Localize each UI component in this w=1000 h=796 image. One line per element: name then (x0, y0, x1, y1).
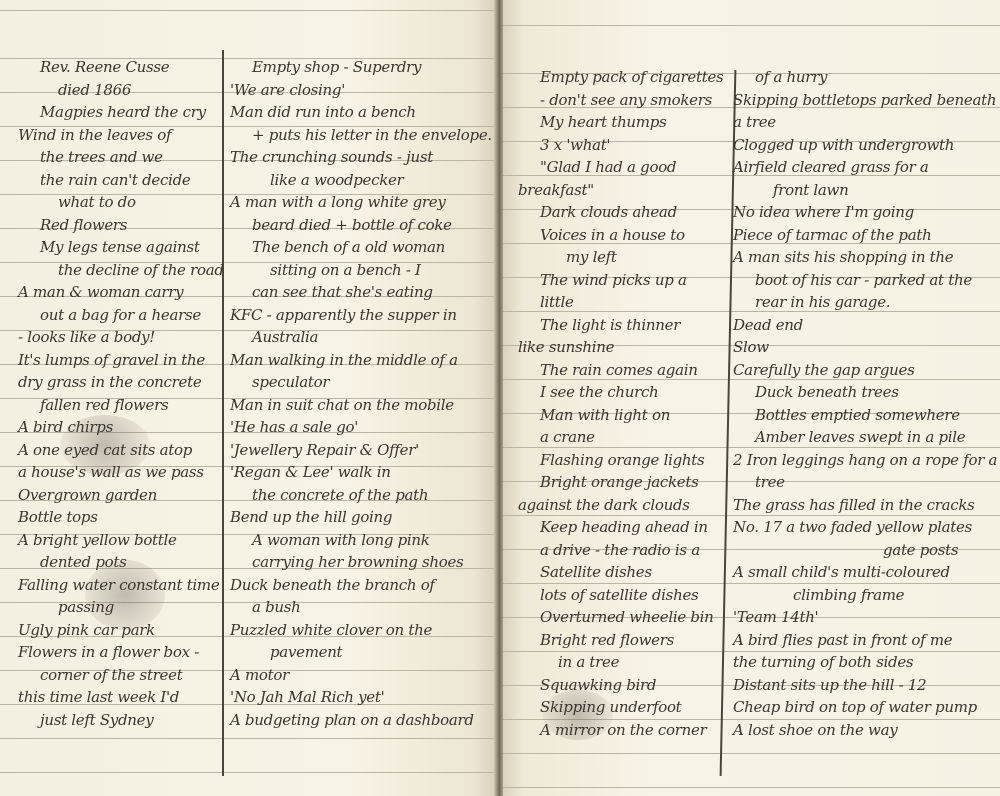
note-line: A mirror on the corner (518, 719, 726, 742)
note-line: I see the church (518, 381, 726, 404)
note-line: A small child's multi-coloured (733, 561, 995, 584)
note-line: Bottles emptied somewhere (733, 404, 995, 427)
note-line: dry grass in the concrete (18, 371, 218, 394)
note-line: Man with light on (518, 404, 726, 427)
note-line: like sunshine (518, 336, 726, 359)
note-line: Flashing orange lights (518, 449, 726, 472)
note-line: a crane (518, 426, 726, 449)
note-line: 'We are closing' (230, 79, 492, 102)
note-line: Duck beneath trees (733, 381, 995, 404)
note-line: dented pots (18, 551, 218, 574)
note-line: Bend up the hill going (230, 506, 492, 529)
column-divider-line (222, 50, 224, 776)
note-line: Dead end (733, 314, 995, 337)
note-line: pavement (230, 641, 492, 664)
note-line: in a tree (518, 651, 726, 674)
note-line: The crunching sounds - just (230, 146, 492, 169)
note-line: 'Jewellery Repair & Offer' (230, 439, 492, 462)
note-line: of a hurry (733, 66, 995, 89)
note-line: Overturned wheelie bin (518, 606, 726, 629)
note-line: 3 x 'what' (518, 134, 726, 157)
note-line: + puts his letter in the envelope. (230, 124, 492, 147)
note-line: Bottle tops (18, 506, 218, 529)
note-line: lots of satellite dishes (518, 584, 726, 607)
note-line: rear in his garage. (733, 291, 995, 314)
note-line: Skipping underfoot (518, 696, 726, 719)
note-line: this time last week I'd (18, 686, 218, 709)
note-line: A budgeting plan on a dashboard (230, 709, 492, 732)
note-line: The rain comes again (518, 359, 726, 382)
note-line: Man walking in the middle of a (230, 349, 492, 372)
note-line: No. 17 a two faded yellow plates (733, 516, 995, 539)
note-line: a house's wall as we pass (18, 461, 218, 484)
note-line: the concrete of the path (230, 484, 492, 507)
note-line: No idea where I'm going (733, 201, 995, 224)
note-line: 2 Iron leggings hang on a rope for a (733, 449, 995, 472)
note-line: little (518, 291, 726, 314)
note-line: a bush (230, 596, 492, 619)
note-line: Duck beneath the branch of (230, 574, 492, 597)
note-line: - looks like a body! (18, 326, 218, 349)
right-page: Empty pack of cigarettes - don't see any… (503, 0, 1000, 796)
note-line: like a woodpecker (230, 169, 492, 192)
column-1: Rev. Reene Cusse died 1866 Magpies heard… (18, 56, 218, 731)
note-line: 'No Jah Mal Rich yet' (230, 686, 492, 709)
note-line: Cheap bird on top of water pump (733, 696, 995, 719)
note-line: The light is thinner (518, 314, 726, 337)
note-line: Australia (230, 326, 492, 349)
note-line: Bright red flowers (518, 629, 726, 652)
note-line: speculator (230, 371, 492, 394)
note-line: the rain can't decide (18, 169, 218, 192)
note-line: A bird flies past in front of me (733, 629, 995, 652)
note-line: corner of the street (18, 664, 218, 687)
note-line: My legs tense against (18, 236, 218, 259)
note-line: Distant sits up the hill - 12 (733, 674, 995, 697)
note-line: A one eyed cat sits atop (18, 439, 218, 462)
note-line: climbing frame (733, 584, 995, 607)
note-line: a drive - the radio is a (518, 539, 726, 562)
note-line: Voices in a house to (518, 224, 726, 247)
column-3: Empty pack of cigarettes - don't see any… (518, 66, 726, 741)
column-4: of a hurry Skipping bottletops parked be… (733, 66, 995, 741)
note-line: Man did run into a bench (230, 101, 492, 124)
note-line: It's lumps of gravel in the (18, 349, 218, 372)
left-page: Rev. Reene Cusse died 1866 Magpies heard… (0, 0, 497, 796)
note-line: Magpies heard the cry (18, 101, 218, 124)
note-line: what to do (18, 191, 218, 214)
note-line: Falling water constant time (18, 574, 218, 597)
note-line: fallen red flowers (18, 394, 218, 417)
note-line: out a bag for a hearse (18, 304, 218, 327)
note-line: beard died + bottle of coke (230, 214, 492, 237)
note-line: 'Team 14th' (733, 606, 995, 629)
note-line: Keep heading ahead in (518, 516, 726, 539)
note-line: 'He has a sale go' (230, 416, 492, 439)
notebook-spread: Rev. Reene Cusse died 1866 Magpies heard… (0, 0, 1000, 796)
note-line: The bench of a old woman (230, 236, 492, 259)
note-line: Flowers in a flower box - (18, 641, 218, 664)
note-line: the trees and we (18, 146, 218, 169)
note-line: My heart thumps (518, 111, 726, 134)
note-line: A lost shoe on the way (733, 719, 995, 742)
note-line: Bright orange jackets (518, 471, 726, 494)
note-line: Skipping bottletops parked beneath (733, 89, 995, 112)
note-line: 'Regan & Lee' walk in (230, 461, 492, 484)
note-line: Slow (733, 336, 995, 359)
note-line: Puzzled white clover on the (230, 619, 492, 642)
note-line: Ugly pink car park (18, 619, 218, 642)
note-line: Carefully the gap argues (733, 359, 995, 382)
note-line: The grass has filled in the cracks (733, 494, 995, 517)
note-line: carrying her browning shoes (230, 551, 492, 574)
note-line: my left (518, 246, 726, 269)
note-line: Empty pack of cigarettes (518, 66, 726, 89)
note-line: gate posts (733, 539, 995, 562)
note-line: A man sits his shopping in the (733, 246, 995, 269)
note-line: a tree (733, 111, 995, 134)
note-line: front lawn (733, 179, 995, 202)
note-line: sitting on a bench - I (230, 259, 492, 282)
note-line: against the dark clouds (518, 494, 726, 517)
note-line: Wind in the leaves of (18, 124, 218, 147)
note-line: A man with a long white grey (230, 191, 492, 214)
note-line: Man in suit chat on the mobile (230, 394, 492, 417)
note-line: the decline of the road (18, 259, 218, 282)
note-line: boot of his car - parked at the (733, 269, 995, 292)
note-line: the turning of both sides (733, 651, 995, 674)
note-line: Overgrown garden (18, 484, 218, 507)
note-line: - don't see any smokers (518, 89, 726, 112)
note-line: Piece of tarmac of the path (733, 224, 995, 247)
note-line: Airfield cleared grass for a (733, 156, 995, 179)
note-line: A bright yellow bottle (18, 529, 218, 552)
note-line: just left Sydney (18, 709, 218, 732)
note-line: can see that she's eating (230, 281, 492, 304)
note-line: Clogged up with undergrowth (733, 134, 995, 157)
note-line: A bird chirps (18, 416, 218, 439)
note-line: Satellite dishes (518, 561, 726, 584)
note-line: passing (18, 596, 218, 619)
note-line: died 1866 (18, 79, 218, 102)
note-line: A man & woman carry (18, 281, 218, 304)
note-line: tree (733, 471, 995, 494)
note-line: Rev. Reene Cusse (18, 56, 218, 79)
note-line: Squawking bird (518, 674, 726, 697)
note-line: breakfast" (518, 179, 726, 202)
note-line: Empty shop - Superdry (230, 56, 492, 79)
note-line: A woman with long pink (230, 529, 492, 552)
column-2: Empty shop - Superdry 'We are closing' M… (230, 56, 492, 731)
note-line: KFC - apparently the supper in (230, 304, 492, 327)
note-line: A motor (230, 664, 492, 687)
note-line: The wind picks up a (518, 269, 726, 292)
note-line: Red flowers (18, 214, 218, 237)
note-line: Dark clouds ahead (518, 201, 726, 224)
note-line: Amber leaves swept in a pile (733, 426, 995, 449)
note-line: "Glad I had a good (518, 156, 726, 179)
